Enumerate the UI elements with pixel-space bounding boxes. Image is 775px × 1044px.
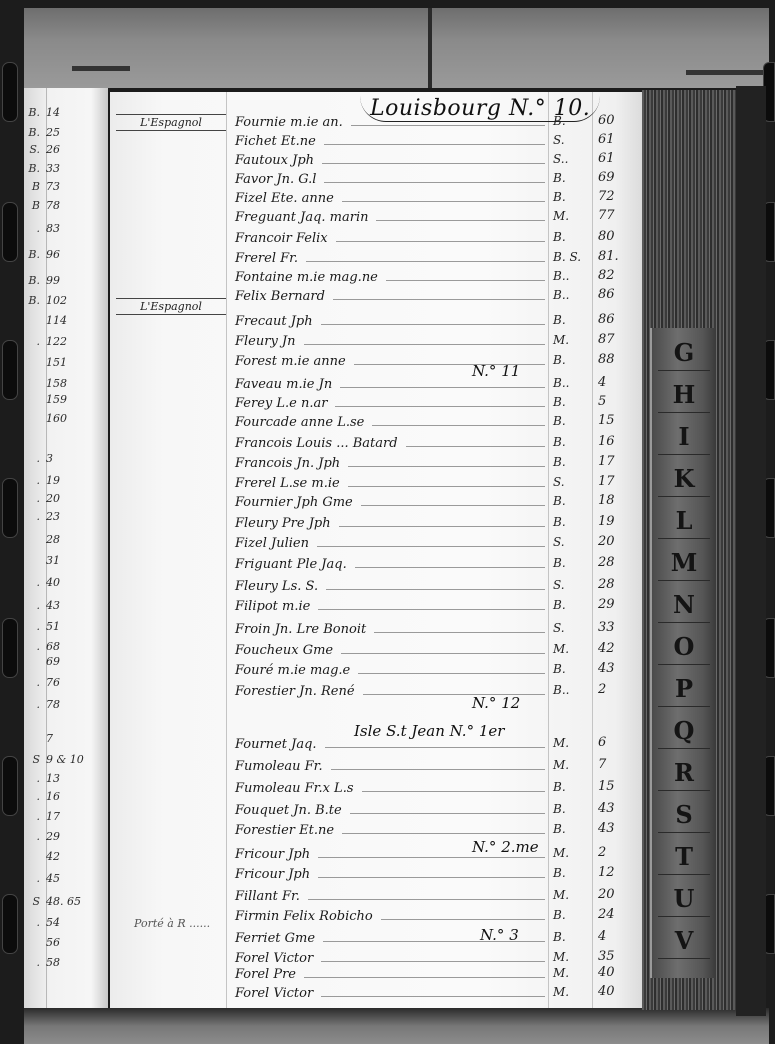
entry-code: B.. xyxy=(553,376,585,390)
left-page-number: .54 xyxy=(46,916,60,929)
entry-code: B. xyxy=(553,930,585,944)
entry-page-number: 35 xyxy=(598,949,638,964)
film-bracket-right xyxy=(686,70,766,75)
entry-page-number: 80 xyxy=(598,229,638,244)
left-page-number: .43 xyxy=(46,599,60,612)
left-page-code: . xyxy=(26,474,40,487)
entry-name: Francois Jn. Jph xyxy=(235,456,348,471)
left-page-number: .40 xyxy=(46,576,60,589)
entry-name: Forel Victor xyxy=(235,986,321,1001)
entry-code: M. xyxy=(553,209,585,223)
sprocket-hole xyxy=(2,62,18,122)
entry-page-number: 72 xyxy=(598,189,638,204)
left-page-value: 159 xyxy=(46,393,67,406)
entry-name: Fautoux Jph xyxy=(235,153,322,168)
left-page-value: 14 xyxy=(46,106,60,119)
register-entry: Ferey L.e n.ar xyxy=(235,391,545,411)
left-page-value: 73 xyxy=(46,180,60,193)
left-page-number: .68 xyxy=(46,640,60,653)
left-page-code: . xyxy=(26,916,40,929)
entry-page-number: 18 xyxy=(598,493,638,508)
sprocket-hole xyxy=(2,894,18,954)
entry-code: B. xyxy=(553,802,585,816)
entry-page-number: 7 xyxy=(598,757,638,772)
entry-code: M. xyxy=(553,846,585,860)
left-page-number: .29 xyxy=(46,830,60,843)
left-page-code: B. xyxy=(26,106,40,119)
left-page-code: B. xyxy=(26,248,40,261)
entry-name: Fumoleau Fr.x L.s xyxy=(235,781,362,796)
register-entry: Forel Pre xyxy=(235,962,545,982)
ruled-line xyxy=(324,182,545,183)
ruled-line xyxy=(386,280,545,281)
entry-page-number: 20 xyxy=(598,887,638,902)
ruled-line xyxy=(381,919,545,920)
left-page-code: . xyxy=(26,810,40,823)
ruled-line xyxy=(318,877,545,878)
left-page-value: 78 xyxy=(46,698,60,711)
entry-name: Fouré m.ie mag.e xyxy=(235,663,358,678)
left-page-value: 78 xyxy=(46,199,60,212)
ruled-line xyxy=(321,996,545,997)
entry-page-number: 61 xyxy=(598,132,638,147)
left-page-number: S48. 65 xyxy=(46,895,81,908)
left-page-value: 7 xyxy=(46,732,53,745)
entry-page-number: 33 xyxy=(598,620,638,635)
register-entry: Fournier Jph Gme xyxy=(235,490,545,510)
left-page-value: 26 xyxy=(46,143,60,156)
left-page-value: 68 xyxy=(46,640,60,653)
left-page-number: B.33 xyxy=(46,162,60,175)
entry-code: S. xyxy=(553,578,585,592)
left-page-value: 29 xyxy=(46,830,60,843)
entry-name: Frecaut Jph xyxy=(235,314,321,329)
left-page-code: B. xyxy=(26,294,40,307)
entry-page-number: 12 xyxy=(598,865,638,880)
register-entry: Fautoux Jph xyxy=(235,148,545,168)
register-entry: Francoir Felix xyxy=(235,226,545,246)
entry-code: B. xyxy=(553,780,585,794)
entry-name: Frerel Fr. xyxy=(235,251,306,266)
left-page-code: . xyxy=(26,620,40,633)
entry-code: B. xyxy=(553,395,585,409)
left-page-code: . xyxy=(26,576,40,589)
thumb-index-tab[interactable]: V xyxy=(652,926,716,955)
entry-page-number: 17 xyxy=(598,474,638,489)
entry-name: Fizel Julien xyxy=(235,536,317,551)
thumb-index-tab[interactable]: I xyxy=(652,422,716,451)
register-entry: Froin Jn. Lre Bonoit xyxy=(235,617,545,637)
ruled-line xyxy=(351,125,545,126)
sprocket-hole xyxy=(2,478,18,538)
entry-page-number: 17 xyxy=(598,454,638,469)
left-page-number: 158 xyxy=(46,377,67,390)
ruled-line xyxy=(304,344,545,345)
register-entry: Francois Jn. Jph xyxy=(235,451,545,471)
left-page-number: 151 xyxy=(46,356,67,369)
left-page-code: S xyxy=(26,753,40,766)
thumb-index-tab[interactable]: N xyxy=(652,590,716,619)
left-page-code: . xyxy=(26,335,40,348)
left-page-number: 56 xyxy=(46,936,60,949)
ruled-line xyxy=(354,364,545,365)
register-entry: Forestier Jn. René xyxy=(235,679,545,699)
left-page-value: 20 xyxy=(46,492,60,505)
register-entry: Fontaine m.ie mag.ne xyxy=(235,265,545,285)
left-page-code: . xyxy=(26,452,40,465)
left-page-code: B. xyxy=(26,162,40,175)
left-page-number: S.26 xyxy=(46,143,60,156)
film-frame-divider xyxy=(428,8,432,88)
left-page-number: .122 xyxy=(46,335,67,348)
page-column-rule xyxy=(592,92,593,1008)
thumb-index-tab[interactable]: P xyxy=(652,674,716,703)
ruled-line xyxy=(348,486,545,487)
ruled-line xyxy=(350,813,545,814)
left-page-number: S9 & 10 xyxy=(46,753,84,766)
ruled-line xyxy=(363,694,545,695)
entry-page-number: 15 xyxy=(598,413,638,428)
entry-page-number: 82 xyxy=(598,268,638,283)
register-entry: Fleury Jn xyxy=(235,329,545,349)
left-page-code: S xyxy=(26,895,40,908)
entry-page-number: 6 xyxy=(598,735,638,750)
register-entry: Ferriet Gme xyxy=(235,926,545,946)
entry-name: Fleury Pre Jph xyxy=(235,516,339,531)
left-page-value: 31 xyxy=(46,554,60,567)
entry-code: S. xyxy=(553,535,585,549)
thumb-index-tab[interactable]: G xyxy=(652,338,716,367)
left-page-value: 122 xyxy=(46,335,67,348)
margin-note: L'Espagnol xyxy=(116,114,226,131)
left-page-value: 16 xyxy=(46,790,60,803)
entry-name: Faveau m.ie Jn xyxy=(235,377,340,392)
ruled-line xyxy=(318,857,545,858)
left-page-value: 33 xyxy=(46,162,60,175)
left-page-number: 42 xyxy=(46,850,60,863)
left-page-number: B.14 xyxy=(46,106,60,119)
entry-code: S. xyxy=(553,621,585,635)
entry-page-number: 2 xyxy=(598,845,638,860)
entry-page-number: 28 xyxy=(598,577,638,592)
ruled-line xyxy=(341,653,545,654)
ruled-line xyxy=(335,406,545,407)
microfilm-bottom-strip xyxy=(24,1008,769,1044)
ruled-line xyxy=(339,526,545,527)
entry-page-number: 61 xyxy=(598,151,638,166)
ruled-line xyxy=(355,567,545,568)
entry-name: Francois Louis ... Batard xyxy=(235,436,406,451)
entry-code: B. xyxy=(553,114,585,128)
entry-name: Foucheux Gme xyxy=(235,643,341,658)
left-page-code: S. xyxy=(26,143,40,156)
left-page-number: B78 xyxy=(46,199,60,212)
entry-page-number: 86 xyxy=(598,287,638,302)
left-page-number: 31 xyxy=(46,554,60,567)
entry-name: Freguant Jaq. marin xyxy=(235,210,376,225)
entry-name: Fizel Ete. anne xyxy=(235,191,342,206)
entry-code: B. xyxy=(553,598,585,612)
entry-name: Firmin Felix Robicho xyxy=(235,909,381,924)
left-page-code: . xyxy=(26,772,40,785)
register-entry: Fleury Ls. S. xyxy=(235,574,545,594)
entry-code: M. xyxy=(553,888,585,902)
left-page-code: B xyxy=(26,180,40,193)
alphabet-thumb-index: GHIKLMNOPQRSTUV xyxy=(650,328,716,978)
left-page-number: .19 xyxy=(46,474,60,487)
left-page-value: 160 xyxy=(46,412,67,425)
entry-name: Forel Pre xyxy=(235,967,304,982)
entry-page-number: 4 xyxy=(598,929,638,944)
entry-code: B. S. xyxy=(553,250,585,264)
entry-code: B. xyxy=(553,556,585,570)
register-entry: Fumoleau Fr. xyxy=(235,754,545,774)
entry-name: Fillant Fr. xyxy=(235,889,308,904)
margin-note: Porté à R ...... xyxy=(134,916,244,931)
left-page-value: 40 xyxy=(46,576,60,589)
entry-page-number: 43 xyxy=(598,801,638,816)
left-page-value: 151 xyxy=(46,356,67,369)
thumb-index-tab[interactable]: O xyxy=(652,632,716,661)
ruled-line xyxy=(406,446,545,447)
register-entry: Fricour Jph xyxy=(235,862,545,882)
left-page-value: 96 xyxy=(46,248,60,261)
entry-name: Francoir Felix xyxy=(235,231,336,246)
left-page-value: 114 xyxy=(46,314,67,327)
left-page-value: 48. 65 xyxy=(46,895,81,908)
entry-page-number: 87 xyxy=(598,332,638,347)
entry-code: B. xyxy=(553,515,585,529)
left-page-number: 69 xyxy=(46,655,60,668)
entry-name: Fontaine m.ie mag.ne xyxy=(235,270,386,285)
ruled-line xyxy=(361,505,545,506)
microfilm-top-strip xyxy=(24,8,769,88)
register-entry: Favor Jn. G.l xyxy=(235,167,545,187)
entry-name: Forestier Et.ne xyxy=(235,823,342,838)
entry-page-number: 15 xyxy=(598,779,638,794)
sprocket-hole xyxy=(2,618,18,678)
entry-name: Fricour Jph xyxy=(235,847,318,862)
entry-code: B. xyxy=(553,230,585,244)
entry-name: Felix Bernard xyxy=(235,289,333,304)
register-entry: Fouré m.ie mag.e xyxy=(235,658,545,678)
register-entry: Frerel L.se m.ie xyxy=(235,471,545,491)
ruled-line xyxy=(372,425,545,426)
margin-note: L'Espagnol xyxy=(116,298,226,315)
left-page-number: .17 xyxy=(46,810,60,823)
ruled-line xyxy=(342,833,545,834)
thumb-index-tab[interactable]: S xyxy=(652,800,716,829)
left-page-code: . xyxy=(26,698,40,711)
entry-page-number: 77 xyxy=(598,208,638,223)
left-page-number: 7 xyxy=(46,732,53,745)
left-page-value: 69 xyxy=(46,655,60,668)
register-entry: Filipot m.ie xyxy=(235,594,545,614)
thumb-index-tab[interactable]: L xyxy=(652,506,716,535)
entry-code: B. xyxy=(553,435,585,449)
ruled-line xyxy=(318,609,545,610)
entry-name: Filipot m.ie xyxy=(235,599,318,614)
left-page-number: .78 xyxy=(46,698,60,711)
thumb-index-tab[interactable]: U xyxy=(652,884,716,913)
ruled-line xyxy=(348,466,545,467)
entry-code: M. xyxy=(553,642,585,656)
left-page-value: 76 xyxy=(46,676,60,689)
ruled-line xyxy=(306,261,545,262)
left-page-value: 51 xyxy=(46,620,60,633)
entry-code: B. xyxy=(553,353,585,367)
entry-code: B. xyxy=(553,313,585,327)
entry-code: M. xyxy=(553,736,585,750)
margin-rule xyxy=(226,92,227,1008)
left-page-code: . xyxy=(26,510,40,523)
entry-name: Fleury Jn xyxy=(235,334,304,349)
register-entry: Freguant Jaq. marin xyxy=(235,205,545,225)
left-page-code: . xyxy=(26,222,40,235)
left-page-code: . xyxy=(26,676,40,689)
sprocket-hole xyxy=(2,202,18,262)
entry-name: Fumoleau Fr. xyxy=(235,759,331,774)
left-page-number: .3 xyxy=(46,452,53,465)
code-column-rule xyxy=(548,92,549,1008)
entry-name: Fourcade anne L.se xyxy=(235,415,372,430)
entry-code: S. xyxy=(553,133,585,147)
left-page-value: 58 xyxy=(46,956,60,969)
left-page-number: B.99 xyxy=(46,274,60,287)
register-entry: Fizel Julien xyxy=(235,531,545,551)
entry-code: M. xyxy=(553,758,585,772)
entry-name: Fichet Et.ne xyxy=(235,134,324,149)
register-entry: Frecaut Jph xyxy=(235,309,545,329)
entry-name: Ferey L.e n.ar xyxy=(235,396,335,411)
entry-page-number: 86 xyxy=(598,312,638,327)
sprocket-hole xyxy=(2,756,18,816)
left-page-number: .16 xyxy=(46,790,60,803)
register-entry: Fillant Fr. xyxy=(235,884,545,904)
ruled-line xyxy=(331,769,545,770)
left-page-value: 83 xyxy=(46,222,60,235)
left-page-fragment: B.14B.25S.26B.33B73B78.83B.96B.99B.10211… xyxy=(24,88,108,1008)
entry-code: S. xyxy=(553,475,585,489)
left-page-number: B.25 xyxy=(46,126,60,139)
left-page-value: 13 xyxy=(46,772,60,785)
left-page-number: 114 xyxy=(46,314,67,327)
ruled-line xyxy=(358,673,545,674)
left-page-code: . xyxy=(26,492,40,505)
left-page-code: B. xyxy=(26,126,40,139)
left-page-value: 42 xyxy=(46,850,60,863)
register-entry: Fumoleau Fr.x L.s xyxy=(235,776,545,796)
entry-page-number: 43 xyxy=(598,661,638,676)
thumb-index-tab[interactable]: H xyxy=(652,380,716,409)
left-page-code: . xyxy=(26,830,40,843)
left-page-number: .83 xyxy=(46,222,60,235)
ruled-line xyxy=(340,387,545,388)
entry-page-number: 2 xyxy=(598,682,638,697)
entry-code: B.. xyxy=(553,288,585,302)
film-sprocket-holes-left xyxy=(0,0,18,1044)
thumb-index-tab[interactable]: Q xyxy=(652,716,716,745)
entry-code: B. xyxy=(553,662,585,676)
register-entry: Forestier Et.ne xyxy=(235,818,545,838)
entry-name: Fouquet Jn. B.te xyxy=(235,803,350,818)
ruled-line xyxy=(333,299,545,300)
ruled-line xyxy=(362,791,546,792)
left-page-value: 19 xyxy=(46,474,60,487)
left-page-value: 56 xyxy=(46,936,60,949)
entry-name: Favor Jn. G.l xyxy=(235,172,324,187)
entry-name: Ferriet Gme xyxy=(235,931,323,946)
thumb-index-tab[interactable]: R xyxy=(652,758,716,787)
ruled-line xyxy=(322,163,545,164)
register-entry: Felix Bernard xyxy=(235,284,545,304)
left-page-value: 45 xyxy=(46,872,60,885)
register-entry: Fichet Et.ne xyxy=(235,129,545,149)
entry-code: B. xyxy=(553,866,585,880)
left-page-number: .58 xyxy=(46,956,60,969)
ruled-line xyxy=(342,201,545,202)
ruled-line xyxy=(321,324,545,325)
left-page-number: B.96 xyxy=(46,248,60,261)
register-entry: Fleury Pre Jph xyxy=(235,511,545,531)
thumb-index-tab[interactable]: M xyxy=(652,548,716,577)
left-page-number: .45 xyxy=(46,872,60,885)
left-page-value: 43 xyxy=(46,599,60,612)
entry-name: Fournier Jph Gme xyxy=(235,495,361,510)
register-entry: Francois Louis ... Batard xyxy=(235,431,545,451)
entry-code: B. xyxy=(553,414,585,428)
ruled-line xyxy=(324,144,545,145)
entry-page-number: 5 xyxy=(598,394,638,409)
entry-code: M. xyxy=(553,966,585,980)
entry-name: Fournie m.ie an. xyxy=(235,115,351,130)
entry-name: Fricour Jph xyxy=(235,867,318,882)
film-bracket-left xyxy=(72,66,130,71)
register-entry: Faveau m.ie Jn xyxy=(235,372,545,392)
left-page-value: 28 xyxy=(46,533,60,546)
left-page-code: . xyxy=(26,956,40,969)
ruled-line xyxy=(326,589,545,590)
entry-page-number: 4 xyxy=(598,375,638,390)
register-entry: Firmin Felix Robicho xyxy=(235,904,545,924)
entry-page-number: 88 xyxy=(598,352,638,367)
register-entry: Fourcade anne L.se xyxy=(235,410,545,430)
entry-name: Friguant Ple Jaq. xyxy=(235,557,355,572)
left-page-code: . xyxy=(26,790,40,803)
right-page: Louisbourg N.° 10. L'EspagnolL'EspagnolP… xyxy=(110,92,642,1008)
ruled-line xyxy=(308,899,545,900)
left-page-value: 17 xyxy=(46,810,60,823)
entry-page-number: 42 xyxy=(598,641,638,656)
left-page-number: 160 xyxy=(46,412,67,425)
entry-page-number: 43 xyxy=(598,821,638,836)
entry-code: M. xyxy=(553,985,585,999)
register-entry: Frerel Fr. xyxy=(235,246,545,266)
left-page-number: B73 xyxy=(46,180,60,193)
register-entry: Fournet Jaq. xyxy=(235,732,545,752)
thumb-index-tab[interactable]: T xyxy=(652,842,716,871)
entry-name: Forest m.ie anne xyxy=(235,354,354,369)
left-page-number: .13 xyxy=(46,772,60,785)
left-page-number: .76 xyxy=(46,676,60,689)
left-page-code: . xyxy=(26,640,40,653)
left-page-number: 159 xyxy=(46,393,67,406)
entry-page-number: 29 xyxy=(598,597,638,612)
thumb-index-tab[interactable]: K xyxy=(652,464,716,493)
register-entry: Friguant Ple Jaq. xyxy=(235,552,545,572)
left-page-value: 9 & 10 xyxy=(46,753,84,766)
entry-code: B.. xyxy=(553,269,585,283)
